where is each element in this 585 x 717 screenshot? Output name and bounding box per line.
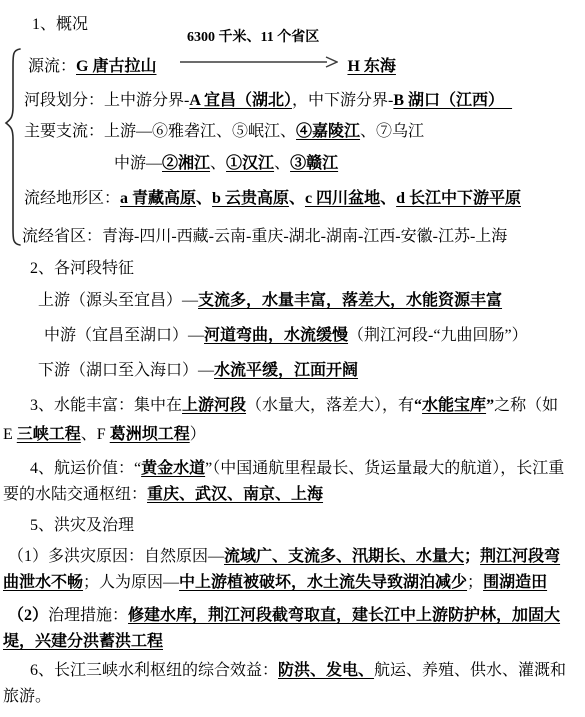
division-sep: ，中下游分界-: [292, 92, 393, 109]
tributaries-upper-rest: 、⑦乌江: [360, 123, 424, 140]
shipping-cont: 要的水陆交通枢纽：: [3, 486, 147, 503]
hydropower-treasure: 水能宝库: [422, 397, 486, 414]
left-brace-icon: [3, 47, 23, 247]
hydropower-quote-open: “: [414, 397, 422, 414]
lower-reach-features: 水流平缓，江面开阔: [214, 362, 358, 379]
hydropower-line2: E 三峡工程、F 葛洲坝工程）: [3, 424, 206, 445]
division-line: 河段划分：上中游分界-A 宜昌（湖北），中下游分界-B 湖口（江西）: [24, 90, 512, 111]
lower-reach-label: 下游（湖口至入海口）—: [38, 362, 214, 379]
tributary-han: ①汉江: [226, 155, 274, 172]
section2-heading-text: 2、各河段特征: [30, 260, 134, 277]
hydropower-pre: 3、水能丰富：集中在: [30, 397, 182, 414]
flood-causes-pre: （1）多洪灾原因：自然原因—: [8, 548, 224, 565]
tributary-gan: ③赣江: [290, 155, 338, 172]
measures-line1: （2）治理措施：修建水库，荆江河段截弯取直，建长江中上游防护林，加固大: [8, 605, 560, 626]
hydropower-e-label: E: [3, 426, 17, 443]
river-length-label: 6300 千米、11 个省区: [187, 27, 319, 48]
flood-causes-natural: 流域广、支流多、汛期长、水量大: [224, 548, 464, 565]
tributaries-middle-label: 中游—: [114, 155, 162, 172]
middle-reach-features: 河道弯曲，水流缓慢: [204, 327, 348, 344]
flood-causes-line2: 曲泄水不畅；人为原因—中上游植被破坏，水土流失导致湖泊减少；围湖造田: [3, 572, 547, 593]
hydropower-f-name: 葛洲坝工程: [110, 426, 190, 443]
lower-reach-line: 下游（湖口至入海口）—水流平缓，江面开阔: [38, 360, 358, 381]
landforms-sep2: 、: [289, 190, 305, 207]
flood-heading-text: 5、洪灾及治理: [30, 517, 134, 534]
benefits-line1: 6、长江三峡水利枢纽的综合效益：防洪、发电、航运、养殖、供水、灌溉和: [30, 660, 566, 681]
tributaries-upper-label: 主要支流：上游—⑥雅砻江、⑤岷江、: [24, 123, 296, 140]
source-label: 源流：: [28, 58, 76, 75]
shipping-golden: 黄金水道: [141, 460, 205, 477]
tributaries-middle-line: 中游—②湘江、①汉江、③赣江: [114, 153, 338, 174]
overview-heading: 1、概况: [32, 14, 88, 35]
flood-causes-human: 中上游植被破坏，水土流失导致湖泊减少: [179, 574, 467, 591]
hydropower-sep: 、F: [81, 426, 110, 443]
hydropower-e-name: 三峡工程: [17, 426, 81, 443]
provinces-text: 流经省区：青海-四川-西藏-云南-重庆-湖北-湖南-江西-安徽-江苏-上海: [22, 228, 507, 245]
middle-reach-line: 中游（宜昌至湖口）—河道弯曲，水流缓慢（荆江河段-“九曲回肠”）: [44, 325, 528, 346]
flood-causes-semi3: ；: [467, 574, 483, 591]
tributaries-middle-sep2: 、: [274, 155, 290, 172]
flood-causes-semi2: ；人为原因—: [83, 574, 179, 591]
source-from: G 唐古拉山: [76, 58, 156, 75]
section2-heading: 2、各河段特征: [30, 258, 134, 279]
source-to: H 东海: [347, 58, 395, 75]
division-upper-mid: A 宜昌（湖北）: [189, 92, 292, 109]
shipping-line2: 要的水陆交通枢纽：重庆、武汉、南京、上海: [3, 484, 323, 505]
shipping-line1: 4、航运价值：“黄金水道”（中国通航里程最长、货运量最大的航道），长江重: [30, 458, 564, 479]
landforms-label: 流经地形区：: [24, 190, 120, 207]
tributaries-upper-line: 主要支流：上游—⑥雅砻江、⑤岷江、④嘉陵江、⑦乌江: [24, 121, 424, 142]
tributary-xiang: ②湘江: [162, 155, 210, 172]
middle-reach-label: 中游（宜昌至湖口）—: [44, 327, 204, 344]
flood-causes-line1: （1）多洪灾原因：自然原因—流域广、支流多、汛期长、水量大；荆江河段弯: [8, 546, 560, 567]
flood-causes-jingjiang-b: 曲泄水不畅: [3, 574, 83, 591]
benefits-bold: 防洪、发电、: [278, 662, 374, 679]
flood-causes-semi1: ；: [464, 548, 480, 565]
benefits-rest: 航运、养殖、供水、灌溉和: [374, 662, 566, 679]
flow-arrow-icon: [180, 55, 338, 69]
benefits-line2: 旅游。: [3, 686, 51, 707]
shipping-post: ”（中国通航里程最长、货运量最大的航道），长江重: [205, 460, 564, 477]
tributaries-middle-sep1: 、: [210, 155, 226, 172]
upper-reach-line: 上游（源头至宜昌）—支流多，水量丰富，落差大，水能资源丰富: [38, 290, 502, 311]
landform-a: a 青藏高原: [120, 190, 196, 207]
source-line: 源流：G 唐古拉山H 东海: [28, 55, 396, 77]
landforms-sep1: 、: [196, 190, 212, 207]
middle-reach-note: （荆江河段-“九曲回肠”）: [348, 327, 528, 344]
yangtze-notes-page: 1、概况 6300 千米、11 个省区 源流：G 唐古拉山H 东海 河段划分：上…: [0, 0, 585, 717]
river-length-text: 6300 千米、11 个省区: [187, 30, 319, 45]
measures-num: （2）: [8, 607, 48, 624]
provinces-line: 流经省区：青海-四川-西藏-云南-重庆-湖北-湖南-江西-安徽-江苏-上海: [22, 226, 507, 247]
upper-reach-features: 支流多，水量丰富，落差大，水能资源丰富: [198, 292, 502, 309]
landforms-sep3: 、: [380, 190, 396, 207]
hydropower-segment: 上游河段: [182, 397, 246, 414]
hydropower-mid: （水量大，落差大），有: [246, 397, 414, 414]
hydropower-post: 之称（如: [494, 397, 558, 414]
measures-text1: 修建水库，荆江河段截弯取直，建长江中上游防护林，加固大: [128, 607, 560, 624]
tributary-jialing: ④嘉陵江: [296, 123, 360, 140]
hydropower-close: ）: [190, 426, 206, 443]
landform-d: d 长江中下游平原: [396, 190, 521, 207]
upper-reach-label: 上游（源头至宜昌）—: [38, 292, 198, 309]
division-label: 河段划分：上中游分界-: [24, 92, 189, 109]
flood-causes-jingjiang-a: 荆江河段弯: [480, 548, 560, 565]
flood-causes-reclaim: 围湖造田: [483, 574, 547, 591]
shipping-hubs: 重庆、武汉、南京、上海: [147, 486, 323, 503]
hydropower-line1: 3、水能丰富：集中在上游河段（水量大，落差大），有“水能宝库”之称（如: [30, 395, 558, 416]
flood-heading: 5、洪灾及治理: [30, 515, 134, 536]
benefits-cont: 旅游。: [3, 688, 51, 705]
benefits-pre: 6、长江三峡水利枢纽的综合效益：: [30, 662, 278, 679]
division-mid-lower: B 湖口（江西）: [393, 92, 512, 109]
measures-line2: 堤，兴建分洪蓄洪工程: [3, 631, 163, 652]
landform-b: b 云贵高原: [212, 190, 289, 207]
shipping-pre: 4、航运价值：“: [30, 460, 141, 477]
overview-heading-text: 1、概况: [32, 16, 88, 33]
measures-label: 治理措施：: [48, 607, 128, 624]
landforms-line: 流经地形区：a 青藏高原、b 云贵高原、c 四川盆地、d 长江中下游平原: [24, 188, 521, 209]
hydropower-quote-close: ”: [486, 397, 494, 414]
landform-c: c 四川盆地: [305, 190, 380, 207]
measures-text2: 堤，兴建分洪蓄洪工程: [3, 633, 163, 650]
